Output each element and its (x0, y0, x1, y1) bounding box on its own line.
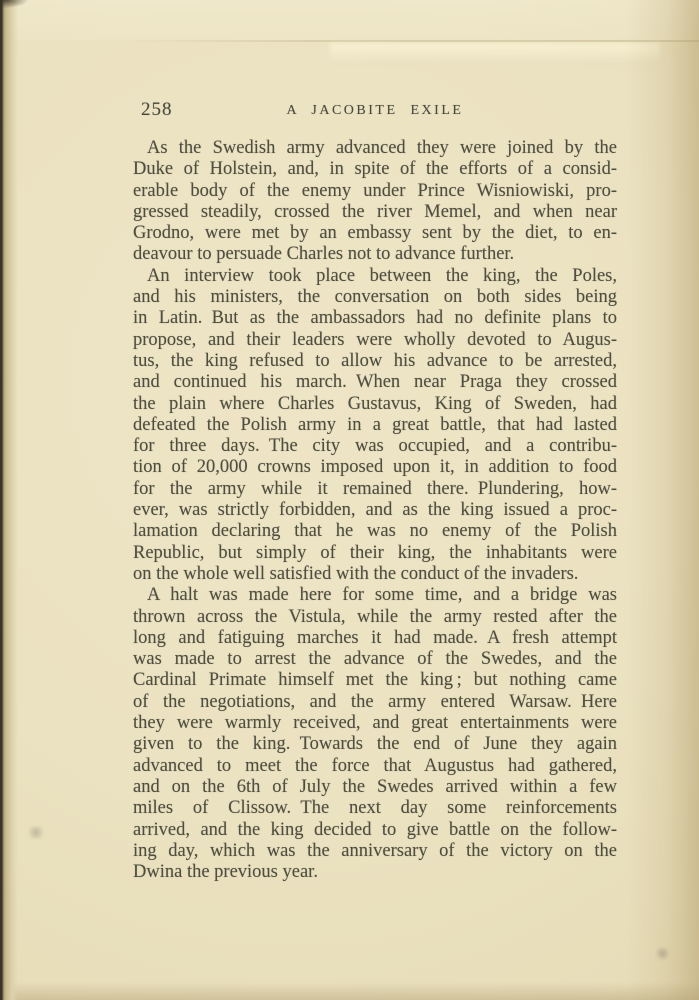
text-line: erable body of the enemy under Prince Wi… (133, 181, 617, 202)
text-line: Cardinal Primate himself met the king ; … (133, 670, 617, 691)
text-line: gressed steadily, crossed the river Meme… (133, 202, 617, 223)
text-line: lamation declaring that he was no enemy … (133, 521, 617, 542)
page-smudge (26, 826, 46, 839)
paragraph: An interview took place between the king… (133, 266, 617, 585)
page-top-light-band (10, 0, 699, 40)
text-line: As the Swedish army advanced they were j… (133, 138, 617, 159)
text-line: and continued his march. When near Praga… (133, 372, 617, 393)
text-line: Dwina the previous year. (133, 862, 617, 883)
text-line: thrown across the Vistula, while the arm… (133, 607, 617, 628)
text-line: and his ministers, the conversation on b… (133, 287, 617, 308)
text-line: Grodno, were met by an embassy sent by t… (133, 223, 617, 244)
text-line: miles of Clissow. The next day some rein… (133, 798, 617, 819)
fold-crease-highlight (330, 43, 660, 63)
text-line: ing day, which was the anniversary of th… (133, 841, 617, 862)
page-header: 258 A JACOBITE EXILE (133, 99, 617, 121)
text-line: A halt was made here for some time, and … (133, 585, 617, 606)
page-body: As the Swedish army advanced they were j… (133, 138, 617, 883)
text-line: tus, the king refused to allow his advan… (133, 351, 617, 372)
text-line: of the negotiations, and the army entere… (133, 692, 617, 713)
text-line: An interview took place between the king… (133, 266, 617, 287)
text-line: given to the king. Towards the end of Ju… (133, 734, 617, 755)
text-line: propose, and their leaders were wholly d… (133, 330, 617, 351)
page-right-edge-shadow (627, 0, 699, 1000)
top-left-corner-mark (0, 0, 28, 8)
binding-edge (0, 0, 18, 1000)
text-line: on the whole well satisfied with the con… (133, 564, 617, 585)
text-line: tion of 20,000 crowns imposed upon it, i… (133, 457, 617, 478)
text-line: Republic, but simply of their king, the … (133, 543, 617, 564)
text-line: Duke of Holstein, and, in spite of the e… (133, 159, 617, 180)
text-line: was made to arrest the advance of the Sw… (133, 649, 617, 670)
fold-crease-line (120, 40, 699, 42)
text-line: advanced to meet the force that Augustus… (133, 756, 617, 777)
page-bottom-edge-shadow (0, 982, 699, 1000)
text-line: and on the 6th of July the Swedes arrive… (133, 777, 617, 798)
paragraph: A halt was made here for some time, and … (133, 585, 617, 883)
book-page-scan: 258 A JACOBITE EXILE As the Swedish army… (0, 0, 699, 1000)
text-line: for the army while it remained there. Pl… (133, 479, 617, 500)
paragraph: As the Swedish army advanced they were j… (133, 138, 617, 266)
text-line: they were warmly received, and great ent… (133, 713, 617, 734)
text-line: arrived, and the king decided to give ba… (133, 820, 617, 841)
running-head: A JACOBITE EXILE (133, 103, 617, 119)
text-line: defeated the Polish army in a great batt… (133, 415, 617, 436)
text-line: deavour to persuade Charles not to advan… (133, 244, 617, 265)
text-line: ever, was strictly forbidden, and as the… (133, 500, 617, 521)
text-line: long and fatiguing marches it had made. … (133, 628, 617, 649)
text-line: in Latin. But as the ambassadors had no … (133, 308, 617, 329)
text-line: for three days. The city was occupied, a… (133, 436, 617, 457)
page-smudge (654, 947, 671, 960)
text-line: the plain where Charles Gustavus, King o… (133, 394, 617, 415)
